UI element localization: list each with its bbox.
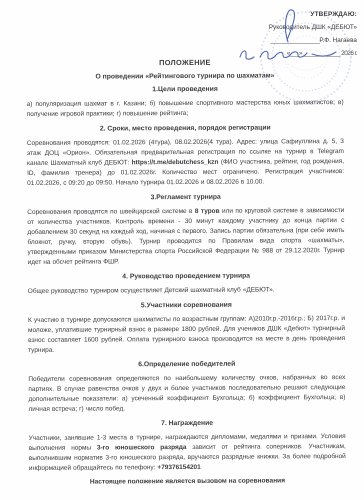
text-run: К участию в турнире допускаются шахматис… (28, 315, 345, 354)
section-participants: 5.Участники соревнования К участию в тур… (28, 300, 345, 356)
text-run: Общее руководство турниром осуществляет … (28, 286, 275, 295)
approval-name-line: ________________Р.Ф. Нагаева (229, 34, 357, 47)
approval-block: УТВЕРЖДАЮ: Руководитель ДШК «ДЕБЮТ» ____… (229, 8, 357, 60)
section-dates-venue: 2. Сроки, место проведения, порядок реги… (27, 123, 344, 189)
section-heading: 5.Участники соревнования (28, 300, 345, 312)
section-heading: 7. Награждение (29, 418, 346, 430)
section-paragraph: Участники, занявшие 1-3 места в турнире,… (29, 432, 346, 474)
section-paragraph: Соревнования проводятся по швейцарской с… (27, 206, 344, 268)
section-paragraph: К участию в турнире допускаются шахматис… (28, 314, 345, 356)
closing-statement: Настоящее положение является вызовом на … (29, 477, 346, 486)
emphasis-text-run: 8 туров (195, 208, 220, 215)
emphasis-text-run: 3-го юношеского разряда (97, 444, 187, 452)
approver-name: Р.Ф. Нагаева (319, 37, 357, 44)
section-paragraph: а) популяризация шахмат в г. Казани; б) … (27, 98, 344, 120)
emphasis-text-run: +79376154201 (157, 464, 200, 471)
text-run: Победители соревнования определяются по … (28, 374, 345, 413)
approval-date-line: «___» ____________ 2026 г. (229, 47, 357, 60)
section-paragraph: Соревнования проводятся: 01.02.2026 (4ту… (27, 137, 344, 189)
section-regulations: 3.Регламент турнира Соревнования проводя… (27, 192, 344, 268)
approval-label: УТВЕРЖДАЮ: (229, 8, 357, 21)
section-winners: 6.Определение победителей Победители сор… (28, 359, 345, 415)
section-management: 4. Руководство проведением турнира Общее… (28, 271, 345, 297)
document-subtitle: О проведении «Рейтингового турнира по ша… (26, 72, 343, 81)
document-page: УТВЕРЖДАЮ: Руководитель ДШК «ДЕБЮТ» ____… (0, 0, 364, 500)
section-heading: 3.Регламент турнира (27, 192, 344, 204)
section-awards: 7. Награждение Участники, занявшие 1-3 м… (29, 418, 346, 474)
section-heading: 2. Сроки, место проведения, порядок реги… (27, 123, 344, 135)
section-paragraph: Победители соревнования определяются по … (28, 373, 345, 415)
text-run: а) популяризация шахмат в г. Казани; б) … (27, 99, 344, 118)
section-heading: 1.Цели проведения (27, 84, 344, 96)
text-run: или по круговой системе в зависимости от… (27, 207, 344, 266)
approval-role: Руководитель ДШК «ДЕБЮТ» (229, 21, 357, 34)
section-goals: 1.Цели проведения а) популяризация шахма… (27, 84, 344, 120)
text-run: Соревнования проводятся по швейцарской с… (27, 208, 195, 216)
section-heading: 4. Руководство проведением турнира (28, 271, 345, 283)
section-heading: 6.Определение победителей (28, 359, 345, 371)
emphasis-text-run: https://t.me/debutchess_kzn (132, 159, 219, 167)
document-content: ПОЛОЖЕНИЕ О проведении «Рейтингового тур… (26, 0, 346, 486)
signature-blank-line: ________________ (271, 37, 320, 44)
section-paragraph: Общее руководство турниром осуществляет … (28, 285, 345, 297)
